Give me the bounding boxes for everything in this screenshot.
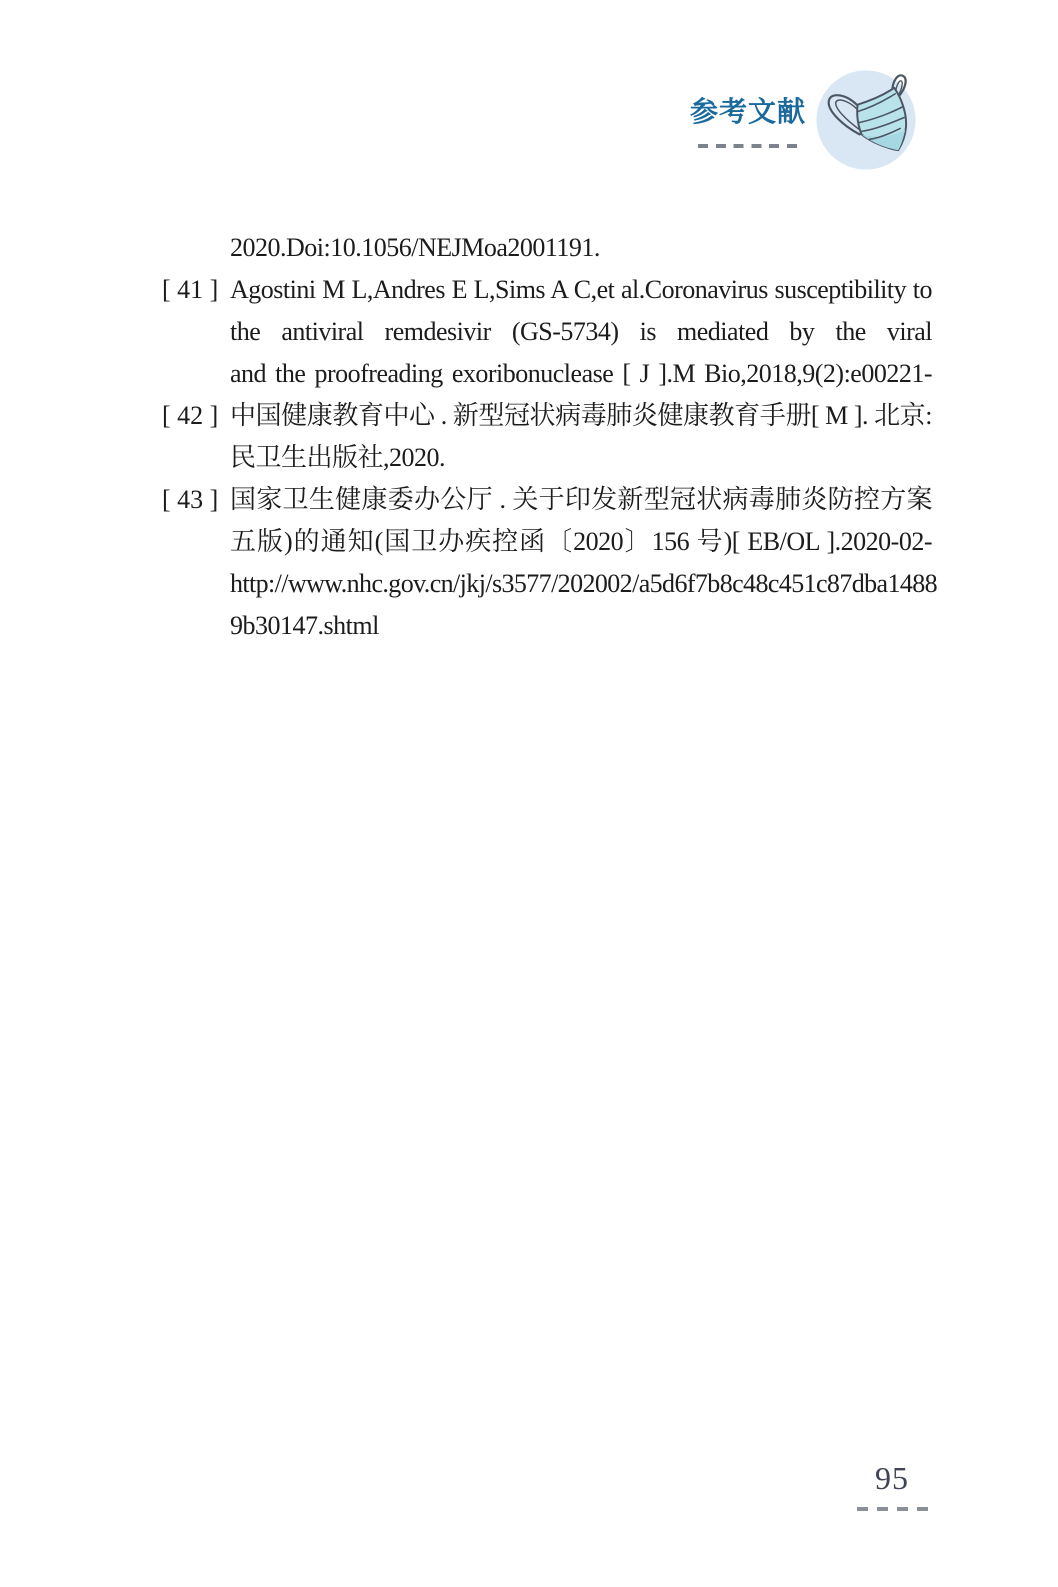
reference-url-line: http://www.nhc.gov.cn/jkj/s3577/202002/a… — [230, 563, 932, 605]
footer-dashed-rule — [857, 1507, 928, 1511]
reference-label: [ 43 ] — [162, 479, 230, 521]
reference-item-42: [ 42 ] 中国健康教育中心 . 新型冠状病毒肺炎健康教育手册[ M ]. 北… — [162, 395, 932, 479]
reference-label: [ 41 ] — [162, 269, 230, 311]
reference-line: 国家卫生健康委办公厅 . 关于印发新型冠状病毒肺炎防控方案(第 — [230, 479, 932, 521]
header-dashed-rule — [698, 144, 797, 148]
chapter-header: 参考文献 — [690, 68, 918, 172]
reference-continuation: 2020.Doi:10.1056/NEJMoa2001191. — [162, 227, 932, 269]
reference-line: 五版)的通知(国卫办疾控函〔2020〕156 号)[ EB/OL ].2020-… — [230, 521, 932, 563]
face-mask-icon — [814, 68, 918, 172]
reference-item-43: [ 43 ] 国家卫生健康委办公厅 . 关于印发新型冠状病毒肺炎防控方案(第 五… — [162, 479, 932, 647]
page-footer: 95 — [851, 1460, 933, 1511]
reference-line: the antiviral remdesivir (GS-5734) is me… — [230, 311, 932, 353]
chapter-title: 参考文献 — [690, 90, 806, 130]
reference-line: and the proofreading exoribonuclease [ J… — [230, 353, 932, 395]
reference-line: 民卫生出版社,2020. — [230, 437, 932, 479]
reference-line: 中国健康教育中心 . 新型冠状病毒肺炎健康教育手册[ M ]. 北京:人 — [230, 395, 932, 437]
reference-item-41: [ 41 ] Agostini M L,Andres E L,Sims A C,… — [162, 269, 932, 395]
chapter-title-block: 参考文献 — [690, 90, 806, 150]
page-number: 95 — [851, 1460, 933, 1497]
reference-line: Agostini M L,Andres E L,Sims A C,et al.C… — [230, 269, 932, 311]
document-page: 参考文献 — [0, 0, 1058, 1587]
reference-list: 2020.Doi:10.1056/NEJMoa2001191. [ 41 ] A… — [162, 227, 932, 647]
reference-label: [ 42 ] — [162, 395, 230, 437]
reference-url-line: 9b30147.shtml — [230, 605, 932, 647]
reference-line: 2020.Doi:10.1056/NEJMoa2001191. — [230, 227, 932, 269]
